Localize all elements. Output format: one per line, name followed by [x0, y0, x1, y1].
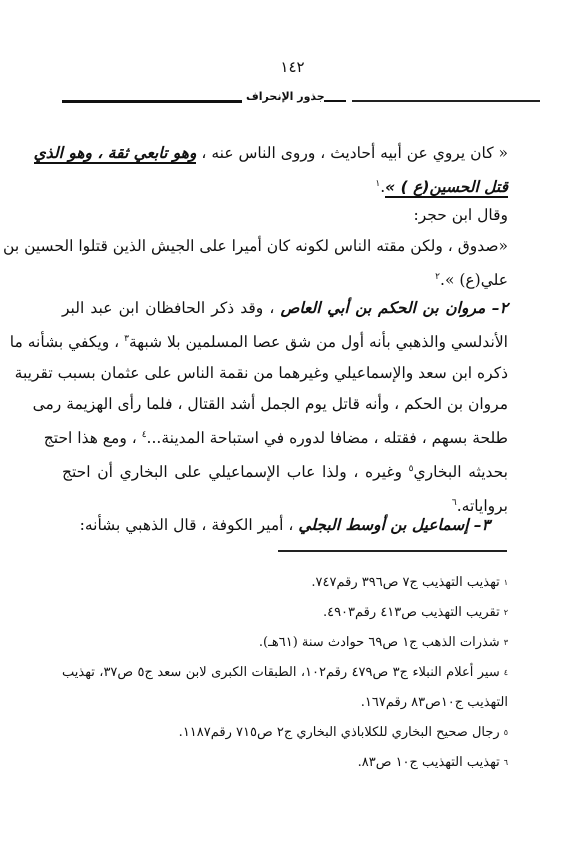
footnote-2: ٢تقريب التهذيب ص٤١٣ رقم٤٩٠٣. — [62, 598, 508, 628]
plain-text: طلحة بسهم ، فقتله ، مضافا لدوره في استبا… — [147, 429, 508, 447]
text-line: الأندلسي والذهبي بأنه أول من شق عصا المس… — [62, 324, 508, 358]
text-line: علي(ع) ».٢ — [62, 262, 508, 296]
emphasized-text: قتل الحسين(ع ) » — [385, 178, 508, 198]
text-line: وقال ابن حجر: — [62, 200, 508, 231]
footnote-separator — [278, 550, 507, 552]
footnote-4: ٤سير أعلام النبلاء ج٣ ص٤٧٩ رقم١٠٢، الطبق… — [62, 658, 508, 688]
item-number: ٢– — [485, 299, 508, 317]
header-rule-left — [62, 100, 242, 103]
footnote-text: تهذيب التهذيب ج١٠ ص٨٣. — [358, 755, 500, 770]
emphasized-text: وهو تابعي ثقة ، وهو الذي — [34, 144, 197, 164]
footnote-text: شذرات الذهب ج١ ص٦٩ حوادث سنة (٦١هـ). — [259, 635, 500, 650]
footnotes: ١تهذيب التهذيب ج٧ ص٣٩٦ رقم٧٤٧. ٢تقريب ال… — [62, 568, 508, 778]
footnote-text: تقريب التهذيب ص٤١٣ رقم٤٩٠٣. — [323, 605, 500, 620]
text-line: طلحة بسهم ، فقتله ، مضافا لدوره في استبا… — [62, 420, 508, 454]
footnote-number: ١ — [504, 578, 508, 587]
footnote-1: ١تهذيب التهذيب ج٧ ص٣٩٦ رقم٧٤٧. — [62, 568, 508, 598]
footnote-text: رجال صحيح البخاري للكلاباذي البخاري ج٢ ص… — [179, 725, 500, 740]
plain-text: بحديثه البخاري — [414, 463, 509, 481]
plain-text: وغيره ، ولذا عاب الإسماعيلي على البخاري … — [62, 463, 409, 481]
emphasized-name: إسماعيل بن أوسط البجلي — [298, 516, 468, 534]
section-marwan: ٢– مروان بن الحكم بن أبي العاص ، وقد ذكر… — [62, 293, 508, 523]
footnote-number: ٥ — [504, 728, 508, 737]
footnote-4-continued: التهذيب ج١٠ص٨٣ رقم١٦٧. — [62, 688, 508, 718]
footnote-text: سير أعلام النبلاء ج٣ ص٤٧٩ رقم١٠٢، الطبقا… — [62, 665, 500, 680]
footnote-number: ٤ — [504, 668, 508, 677]
page-number: ١٤٢ — [0, 58, 585, 76]
footnote-3: ٣شذرات الذهب ج١ ص٦٩ حوادث سنة (٦١هـ). — [62, 628, 508, 658]
plain-text: ، ويكفي بشأنه ما — [10, 333, 124, 351]
running-header: جذور الإنحراف — [62, 92, 506, 106]
text-line: مروان بن الحكم ، وأنه قاتل يوم الجمل أشد… — [62, 389, 508, 420]
plain-text: ، ومع هذا احتج — [44, 429, 142, 447]
running-header-title: جذور الإنحراف — [246, 90, 325, 103]
text-line: ٢– مروان بن الحكم بن أبي العاص ، وقد ذكر… — [62, 293, 508, 324]
footnote-number: ٦ — [504, 758, 508, 767]
footnote-number: ٢ — [504, 608, 508, 617]
text-line: قتل الحسين(ع ) ».١ — [62, 169, 508, 203]
quote-paragraph-2: «صدوق ، ولكن مقته الناس لكونه كان أميرا … — [62, 231, 508, 296]
plain-text: ، وقد ذكر الحافظان ابن عبد البر — [62, 299, 281, 317]
text-line: ٣– إسماعيل بن أوسط البجلي ، أمير الكوفة … — [62, 510, 490, 541]
quote-paragraph-1: « كان يروي عن أبيه أحاديث ، وروى الناس ع… — [62, 138, 508, 203]
footnote-5: ٥رجال صحيح البخاري للكلاباذي البخاري ج٢ … — [62, 718, 508, 748]
emphasized-name: مروان بن الحكم بن أبي العاص — [281, 299, 486, 317]
item-number: ٣– — [469, 516, 490, 534]
text-line: ذكره ابن سعد والإسماعيلي وغيرهما من نقمة… — [62, 358, 508, 389]
header-dash — [324, 100, 346, 102]
plain-text: « كان يروي عن أبيه أحاديث ، وروى الناس ع… — [196, 144, 508, 162]
plain-text: علي(ع) ». — [440, 271, 508, 289]
text-line: « كان يروي عن أبيه أحاديث ، وروى الناس ع… — [62, 138, 508, 169]
attribution-line: وقال ابن حجر: — [62, 200, 508, 231]
footnote-text: تهذيب التهذيب ج٧ ص٣٩٦ رقم٧٤٧. — [311, 575, 499, 590]
footnote-6: ٦تهذيب التهذيب ج١٠ ص٨٣. — [62, 748, 508, 778]
plain-text: الأندلسي والذهبي بأنه أول من شق عصا المس… — [129, 333, 508, 351]
section-ismail: ٣– إسماعيل بن أوسط البجلي ، أمير الكوفة … — [62, 510, 508, 541]
plain-text: ، أمير الكوفة ، قال الذهبي بشأنه: — [80, 516, 299, 534]
header-rule-right — [352, 100, 540, 102]
text-line: بحديثه البخاري٥ وغيره ، ولذا عاب الإسماع… — [62, 454, 508, 488]
text-line: «صدوق ، ولكن مقته الناس لكونه كان أميرا … — [62, 231, 508, 262]
footnote-number: ٣ — [504, 638, 508, 647]
